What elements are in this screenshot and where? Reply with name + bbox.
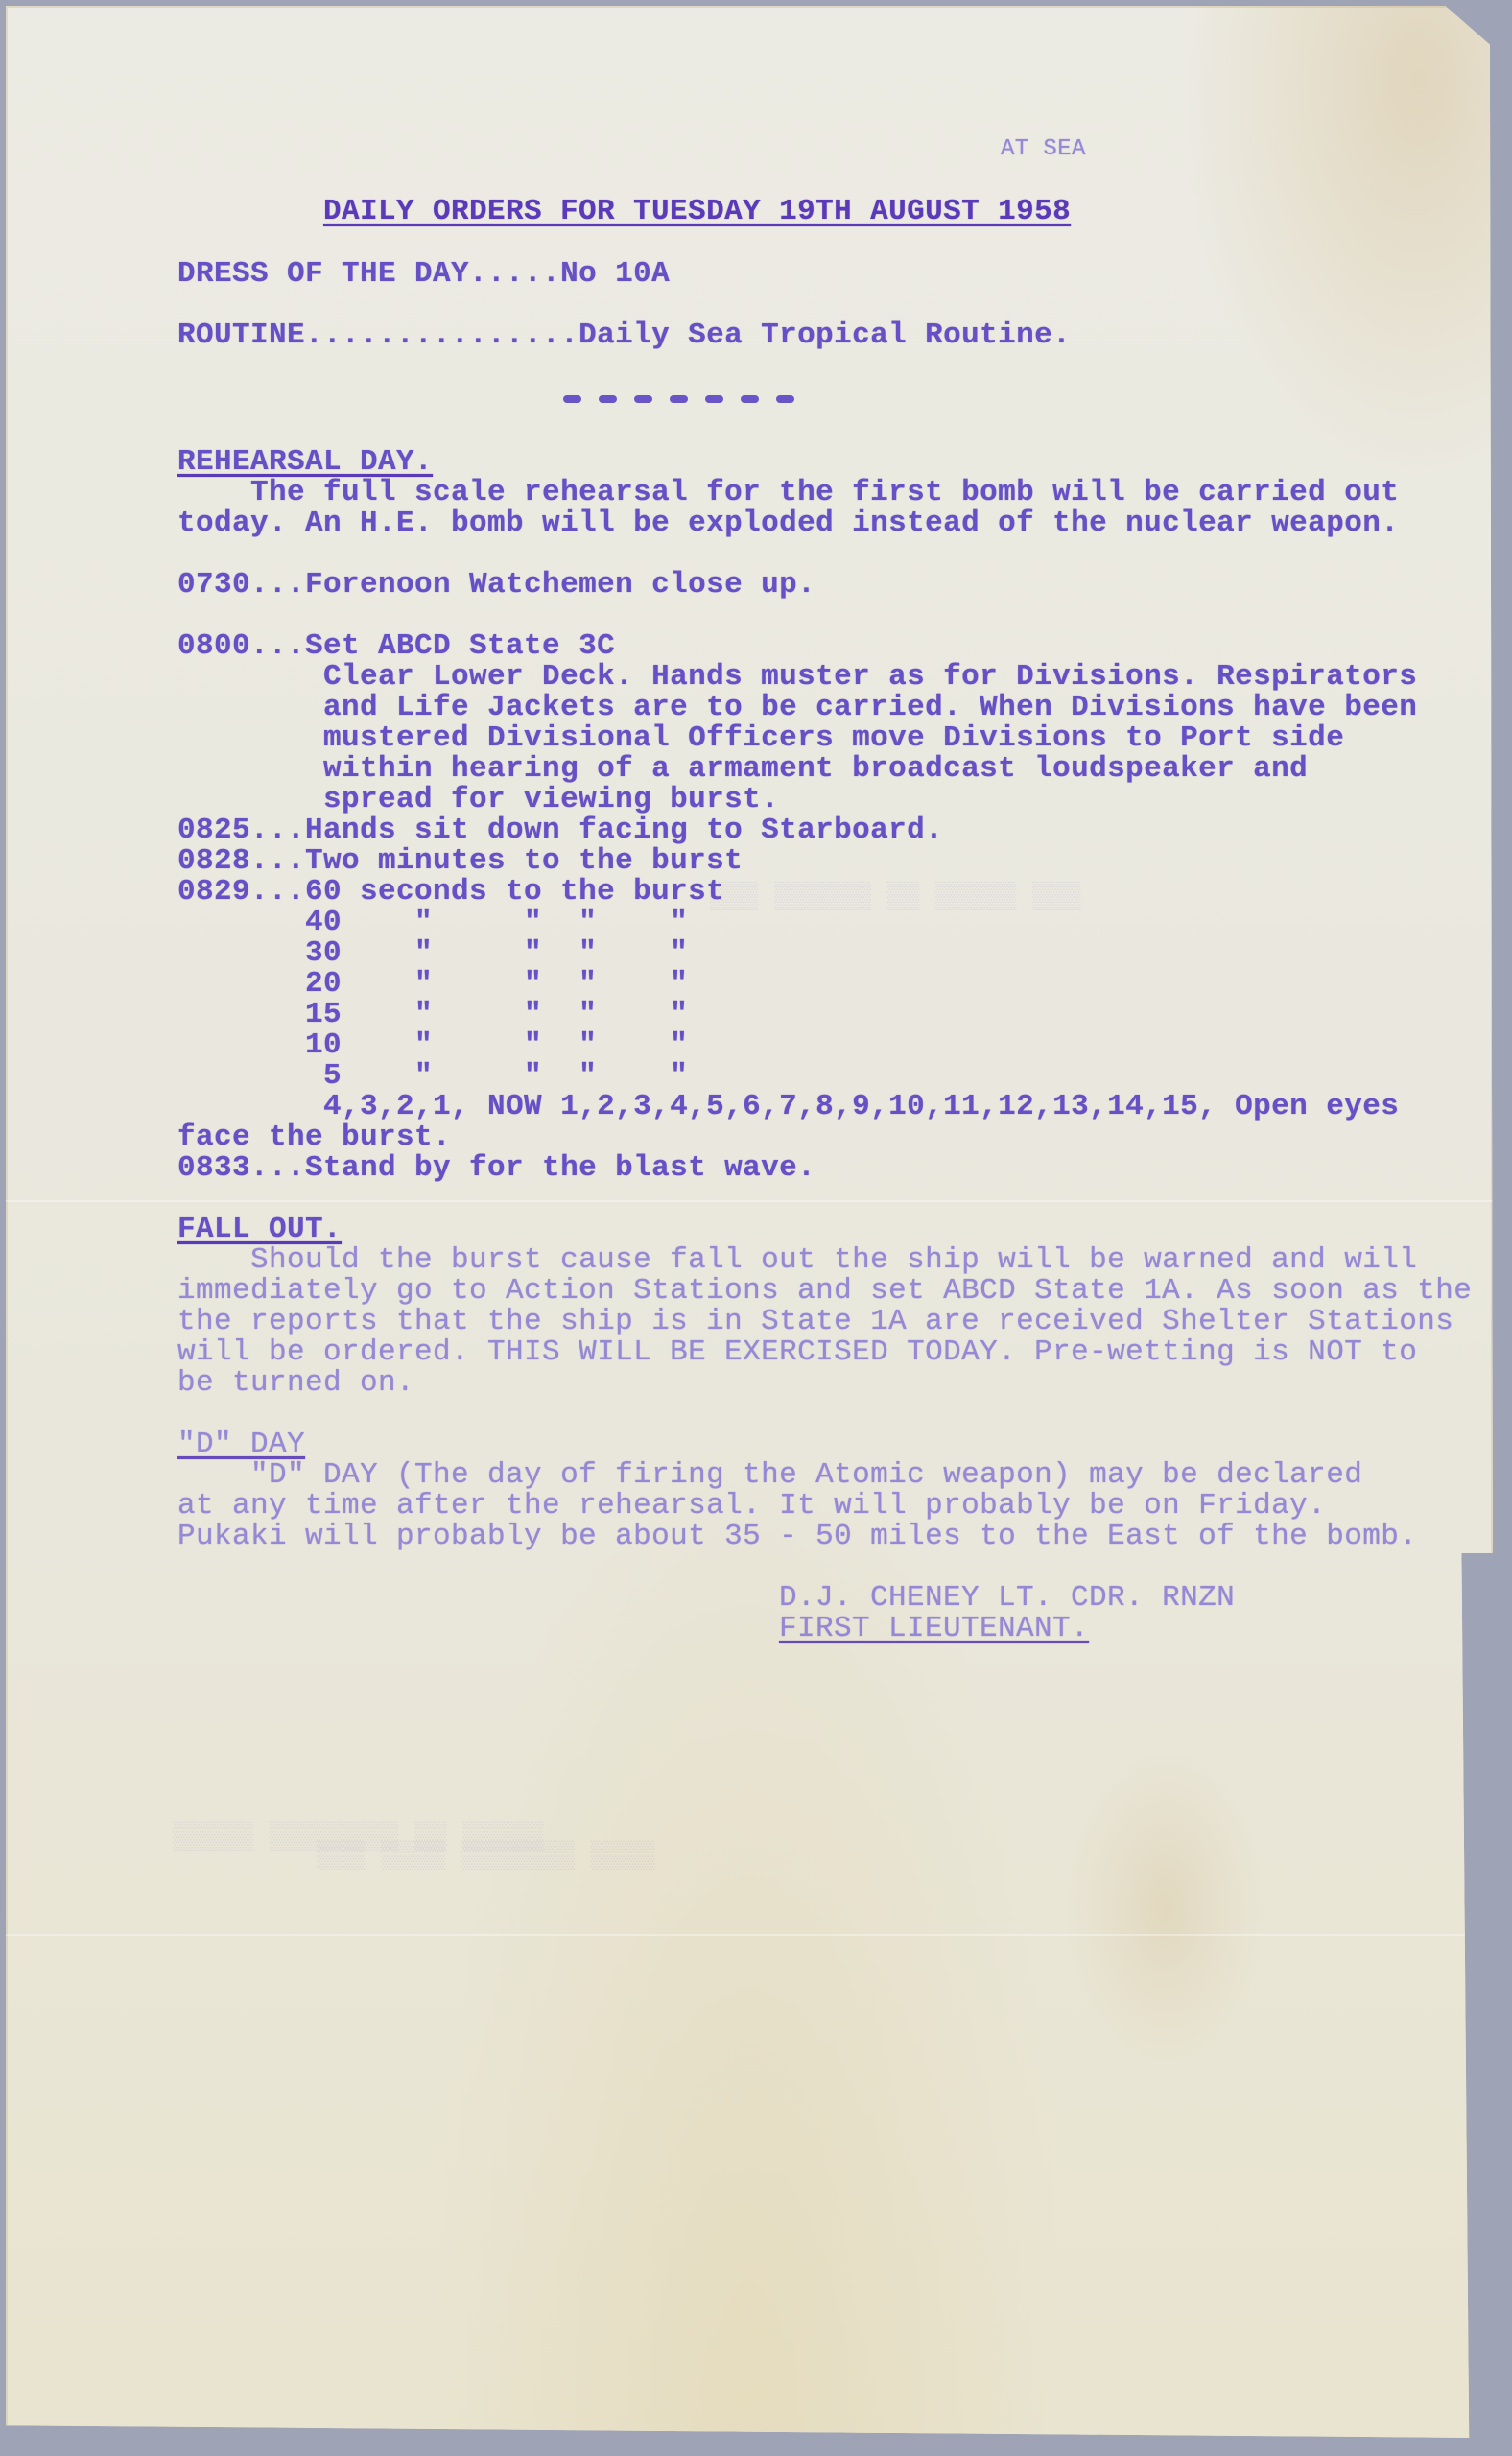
rehearsal-heading: REHEARSAL DAY.	[177, 447, 433, 478]
routine: ROUTINE...............Daily Sea Tropical…	[177, 320, 1071, 351]
rehearsal-line: The full scale rehearsal for the first b…	[177, 478, 1399, 508]
d-day-heading: "D" DAY	[177, 1429, 305, 1460]
d-day-line: "D" DAY (The day of firing the Atomic we…	[177, 1460, 1362, 1491]
schedule-0800: 0800...Set ABCD State 3C	[177, 631, 615, 662]
schedule-0730: 0730...Forenoon Watchemen close up.	[177, 570, 815, 601]
schedule-0800-detail: Clear Lower Deck. Hands muster as for Di…	[177, 662, 1417, 693]
countdown-row: 20 " " " "	[177, 969, 688, 1000]
countdown-row: 15 " " " "	[177, 1000, 688, 1030]
divider-dash	[776, 395, 794, 403]
countdown-row: 40 " " " "	[177, 908, 688, 938]
final-count-continued: face the burst.	[177, 1122, 451, 1153]
d-day-line: at any time after the rehearsal. It will…	[177, 1491, 1326, 1522]
section-divider	[563, 395, 794, 403]
location-label: AT SEA	[1001, 134, 1086, 165]
divider-dash	[599, 395, 617, 403]
schedule-0800-detail: spread for viewing burst.	[177, 785, 779, 815]
fall-out-line: will be ordered. THIS WILL BE EXERCISED …	[177, 1337, 1417, 1368]
schedule-0828: 0828...Two minutes to the burst	[177, 846, 743, 877]
divider-dash	[634, 395, 652, 403]
countdown-row: 10 " " " "	[177, 1030, 688, 1061]
fall-out-line: Should the burst cause fall out the ship…	[177, 1245, 1417, 1276]
schedule-0800-detail: mustered Divisional Officers move Divisi…	[177, 723, 1344, 754]
document-title: DAILY ORDERS FOR TUESDAY 19TH AUGUST 195…	[323, 197, 1071, 227]
schedule-0825: 0825...Hands sit down facing to Starboar…	[177, 815, 943, 846]
schedule-0833: 0833...Stand by for the blast wave.	[177, 1153, 815, 1184]
fall-out-line: the reports that the ship is in State 1A…	[177, 1307, 1453, 1337]
paper-fold-line	[6, 1934, 1493, 1936]
schedule-0800-detail: and Life Jackets are to be carried. When…	[177, 693, 1417, 723]
countdown-row: 30 " " " "	[177, 938, 688, 969]
schedule-0800-detail: within hearing of a armament broadcast l…	[177, 754, 1308, 785]
dress-of-the-day: DRESS OF THE DAY.....No 10A	[177, 259, 670, 290]
signature-name: D.J. CHENEY LT. CDR. RNZN	[779, 1583, 1235, 1614]
divider-dash	[563, 395, 581, 403]
final-count: 4,3,2,1, NOW 1,2,3,4,5,6,7,8,9,10,11,12,…	[177, 1092, 1399, 1122]
countdown-row: 5 " " " "	[177, 1061, 688, 1092]
show-through-text: ▒▒▒ ▒▒▒▒▒ ▒▒ ▒▒▒▒▒▒ ▒▒▒	[710, 883, 1080, 912]
fall-out-heading: FALL OUT.	[177, 1215, 342, 1245]
schedule-0829: 0829...60 seconds to the burst	[177, 877, 724, 908]
rehearsal-line: today. An H.E. bomb will be exploded ins…	[177, 508, 1399, 539]
divider-dash	[741, 395, 759, 403]
paper-fold-line	[6, 1200, 1493, 1202]
show-through-text: ▒▒▒▒▒ ▒▒ ▒▒▒▒▒▒▒▒ ▒▒▒▒▒	[173, 1823, 543, 1853]
divider-dash	[705, 395, 723, 403]
fall-out-line: immediately go to Action Stations and se…	[177, 1276, 1472, 1307]
signature-rank: FIRST LIEUTENANT.	[779, 1614, 1089, 1644]
d-day-line: Pukaki will probably be about 35 - 50 mi…	[177, 1522, 1417, 1552]
divider-dash	[670, 395, 688, 403]
fall-out-line: be turned on.	[177, 1368, 414, 1399]
